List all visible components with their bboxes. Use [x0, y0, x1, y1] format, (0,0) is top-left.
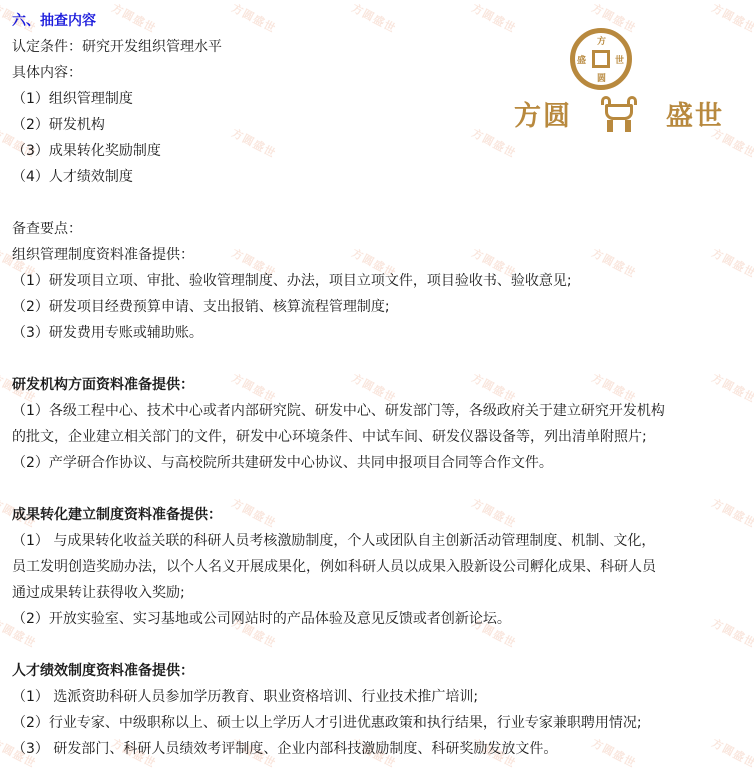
achievement-title: 成果转化建立制度资料准备提供：	[12, 502, 754, 528]
ding-vessel-icon	[597, 96, 641, 132]
logo-text-right: 盛世	[666, 94, 724, 133]
coin-char-right: 世	[615, 53, 624, 66]
logo-text-left: 方圆	[514, 94, 572, 133]
rd-institution-item: 的批文，企业建立相关部门的文件，研发中心环境条件、中试车间、研发仪器设备等，列出…	[12, 424, 754, 450]
rd-institution-title: 研发机构方面资料准备提供：	[12, 372, 754, 398]
achievement-item: 员工发明创造奖励办法，以个人名义开展成果化，例如科研人员以成果入股新设公司孵化成…	[12, 554, 754, 580]
checkpoints-label: 备查要点：	[12, 216, 754, 242]
achievement-item: 通过成果转让获得收入奖励;	[12, 580, 754, 606]
detail-item: （3）成果转化奖励制度	[12, 138, 754, 164]
coin-square-hole	[592, 50, 610, 68]
coin-char-left: 盛	[577, 53, 586, 66]
rd-institution-item: （2）产学研合作协议、与高校院所共建研发中心协议、共同申报项目合同等合作文件。	[12, 450, 754, 476]
talent-item: （3） 研发部门、科研人员绩效考评制度、企业内部科技激励制度、科研奖励发放文件。	[12, 736, 754, 762]
talent-title: 人才绩效制度资料准备提供：	[12, 658, 754, 684]
org-mgmt-item: （1）研发项目立项、审批、验收管理制度、办法，项目立项文件，项目验收书、验收意见…	[12, 268, 754, 294]
detail-item: （4）人才绩效制度	[12, 164, 754, 190]
rd-institution-item: （1）各级工程中心、技术中心或者内部研究院、研发中心、研发部门等，各级政府关于建…	[12, 398, 754, 424]
coin-char-top: 方	[597, 34, 606, 47]
org-mgmt-item: （2）研发项目经费预算申请、支出报销、核算流程管理制度;	[12, 294, 754, 320]
coin-char-bottom: 圆	[597, 71, 606, 84]
brand-logo: 方 盛 世 圆 方圆 盛世	[514, 28, 724, 140]
org-mgmt-title: 组织管理制度资料准备提供：	[12, 242, 754, 268]
talent-item: （1） 选派资助科研人员参加学历教育、职业资格培训、行业技术推广培训;	[12, 684, 754, 710]
achievement-item: （1） 与成果转化收益关联的科研人员考核激励制度，个人或团队自主创新活动管理制度…	[12, 528, 754, 554]
logo-wordmark: 方圆 盛世	[514, 94, 724, 133]
coin-emblem: 方 盛 世 圆	[570, 28, 632, 90]
achievement-item: （2）开放实验室、实习基地或公司网站时的产品体验及意见反馈或者创新论坛。	[12, 606, 754, 632]
org-mgmt-item: （3）研发费用专账或辅助账。	[12, 320, 754, 346]
talent-item: （2）行业专家、中级职称以上、硕士以上学历人才引进优惠政策和执行结果，行业专家兼…	[12, 710, 754, 736]
